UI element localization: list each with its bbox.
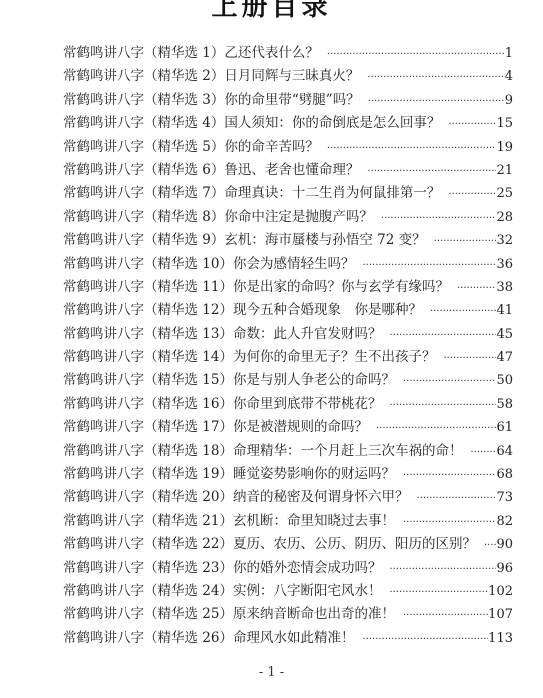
toc-entry[interactable]: 常鹤鸣讲八字（精华选 9）玄机：海市蜃楼与孙悟空 72 变？32 [63, 228, 513, 251]
toc-entry-title: 你是与别人争老公的命吗？ [233, 368, 395, 388]
toc-entry-title: 乙还代表什么？ [224, 41, 319, 61]
toc-entry-title: 命理精华：一个月赶上三次车祸的命！ [233, 439, 463, 459]
toc-entry-title: 你是出家的命吗？你与玄学有缘吗？ [233, 275, 449, 295]
toc-entry-page: 36 [496, 257, 513, 272]
toc-entry-page: 28 [496, 210, 513, 225]
toc-entry-title: 玄机：海市蜃楼与孙悟空 72 变？ [224, 228, 425, 248]
toc-entry-title: 为何你的命里无子？生不出孩子？ [233, 345, 436, 365]
toc-entry-series: 常鹤鸣讲八字（精华选 5） [63, 135, 224, 155]
toc-entry[interactable]: 常鹤鸣讲八字（精华选 11）你是出家的命吗？你与玄学有缘吗？38 [63, 275, 513, 298]
toc-entry[interactable]: 常鹤鸣讲八字（精华选 17）你是被潜规则的命吗？61 [63, 415, 513, 438]
dot-leader [389, 330, 496, 341]
toc-entry-page: 82 [496, 514, 513, 529]
dot-leader [457, 283, 496, 294]
toc-entry-series: 常鹤鸣讲八字（精华选 23） [63, 556, 233, 576]
toc-entry-series: 常鹤鸣讲八字（精华选 1） [63, 41, 224, 61]
toc-entry[interactable]: 常鹤鸣讲八字（精华选 3）你的命里带“劈腿”吗？9 [63, 88, 513, 111]
toc-entry[interactable]: 常鹤鸣讲八字（精华选 12）现今五种合婚现象 你是哪种？41 [63, 298, 513, 321]
toc-entry-page: 19 [496, 140, 513, 155]
toc-entry[interactable]: 常鹤鸣讲八字（精华选 20）纳音的秘密及何谓身怀六甲？73 [63, 485, 513, 508]
toc-entry-series: 常鹤鸣讲八字（精华选 13） [63, 322, 233, 342]
toc-entry-title: 命理真诀：十二生肖为何鼠排第一？ [224, 181, 440, 201]
dot-leader [367, 72, 504, 83]
toc-entry-page: 47 [496, 350, 513, 365]
dot-leader [389, 400, 496, 411]
toc-entry-series: 常鹤鸣讲八字（精华选 19） [63, 462, 233, 482]
toc-entry-series: 常鹤鸣讲八字（精华选 10） [63, 252, 233, 272]
toc-entry-page: 15 [496, 116, 513, 131]
toc-entry[interactable]: 常鹤鸣讲八字（精华选 21）玄机断：命里知晓过去事！82 [63, 509, 513, 532]
dot-leader [376, 423, 496, 434]
toc-entry-series: 常鹤鸣讲八字（精华选 6） [63, 158, 224, 178]
toc-entry[interactable]: 常鹤鸣讲八字（精华选 8）你命中注定是抛腹产吗？28 [63, 205, 513, 228]
toc-entry-title: 你的命辛苦吗？ [224, 135, 319, 155]
toc-entry-title: 纳音的秘密及何谓身怀六甲？ [233, 485, 409, 505]
toc-entry-series: 常鹤鸣讲八字（精华选 7） [63, 181, 224, 201]
toc-entry-page: 1 [505, 46, 513, 61]
toc-entry-series: 常鹤鸣讲八字（精华选 11） [63, 275, 233, 295]
dot-leader [443, 353, 496, 364]
toc-entry-series: 常鹤鸣讲八字（精华选 2） [63, 64, 224, 84]
toc-entry-title: 夏历、农历、公历、阴历、阳历的区别？ [233, 532, 476, 552]
table-of-contents: 常鹤鸣讲八字（精华选 1）乙还代表什么？1常鹤鸣讲八字（精华选 2）日月同辉与三… [63, 41, 513, 649]
toc-entry[interactable]: 常鹤鸣讲八字（精华选 7）命理真诀：十二生肖为何鼠排第一？25 [63, 181, 513, 204]
toc-entry-series: 常鹤鸣讲八字（精华选 16） [63, 392, 233, 412]
toc-entry[interactable]: 常鹤鸣讲八字（精华选 10）你会为感情轻生吗？36 [63, 252, 513, 275]
dot-leader [389, 564, 496, 575]
toc-entry-series: 常鹤鸣讲八字（精华选 21） [63, 509, 233, 529]
dot-leader [403, 517, 496, 528]
dot-leader [448, 189, 496, 200]
toc-entry-series: 常鹤鸣讲八字（精华选 20） [63, 485, 233, 505]
toc-entry-title: 原来纳音断命也出奇的准！ [233, 602, 395, 622]
toc-entry[interactable]: 常鹤鸣讲八字（精华选 5）你的命辛苦吗？19 [63, 135, 513, 158]
toc-entry-title: 睡觉姿势影响你的财运吗？ [233, 462, 395, 482]
page-number: - 1 - [0, 665, 543, 680]
toc-entry-title: 现今五种合婚现象 你是哪种？ [233, 298, 422, 318]
dot-leader [484, 540, 496, 551]
toc-entry[interactable]: 常鹤鸣讲八字（精华选 18）命理精华：一个月赶上三次车祸的命！64 [63, 439, 513, 462]
toc-entry-title: 日月同辉与三昧真火？ [224, 64, 359, 84]
toc-entry-series: 常鹤鸣讲八字（精华选 9） [63, 228, 224, 248]
toc-entry-page: 107 [488, 607, 513, 622]
toc-entry-title: 你命中注定是抛腹产吗？ [224, 205, 373, 225]
toc-entry[interactable]: 常鹤鸣讲八字（精华选 14）为何你的命里无子？生不出孩子？47 [63, 345, 513, 368]
toc-entry-title: 你是被潜规则的命吗？ [233, 415, 368, 435]
toc-entry[interactable]: 常鹤鸣讲八字（精华选 19）睡觉姿势影响你的财运吗？68 [63, 462, 513, 485]
toc-entry-title: 实例：八字断阳宅风水！ [233, 579, 382, 599]
toc-entry[interactable]: 常鹤鸣讲八字（精华选 4）国人须知：你的命倒底是怎么回事？15 [63, 111, 513, 134]
toc-entry-series: 常鹤鸣讲八字（精华选 8） [63, 205, 224, 225]
toc-entry-page: 96 [496, 561, 513, 576]
toc-entry-series: 常鹤鸣讲八字（精华选 12） [63, 298, 233, 318]
toc-entry[interactable]: 常鹤鸣讲八字（精华选 1）乙还代表什么？1 [63, 41, 513, 64]
dot-leader [434, 236, 497, 247]
dot-leader [430, 306, 496, 317]
dot-leader [327, 49, 505, 60]
dot-leader [362, 634, 488, 645]
toc-entry-title: 你的命里带“劈腿”吗？ [224, 88, 359, 108]
toc-entry-title: 命理风水如此精准！ [233, 626, 355, 646]
toc-entry-title: 玄机断：命里知晓过去事！ [233, 509, 395, 529]
toc-entry[interactable]: 常鹤鸣讲八字（精华选 26）命理风水如此精准！113 [63, 626, 513, 649]
toc-entry-page: 9 [505, 93, 513, 108]
dot-leader [327, 143, 497, 154]
toc-entry-title: 命数：此人升官发财吗？ [233, 322, 382, 342]
toc-entry-page: 102 [488, 584, 513, 599]
toc-entry-title: 你会为感情轻生吗？ [233, 252, 355, 272]
toc-entry-title: 你命里到底带不带桃花？ [233, 392, 382, 412]
dot-leader [368, 96, 505, 107]
toc-entry-series: 常鹤鸣讲八字（精华选 14） [63, 345, 233, 365]
toc-entry-page: 45 [496, 327, 513, 342]
toc-entry[interactable]: 常鹤鸣讲八字（精华选 24）实例：八字断阳宅风水！102 [63, 579, 513, 602]
dot-leader [470, 447, 496, 458]
toc-entry-title: 你的婚外恋情会成功吗？ [233, 556, 382, 576]
dot-leader [403, 610, 488, 621]
toc-entry-page: 61 [496, 420, 513, 435]
toc-entry-page: 21 [496, 163, 513, 178]
toc-entry-series: 常鹤鸣讲八字（精华选 24） [63, 579, 233, 599]
toc-entry[interactable]: 常鹤鸣讲八字（精华选 22）夏历、农历、公历、阴历、阳历的区别？90 [63, 532, 513, 555]
toc-entry-page: 68 [496, 467, 513, 482]
toc-entry-page: 4 [505, 69, 513, 84]
toc-entry-page: 73 [496, 490, 513, 505]
toc-entry-series: 常鹤鸣讲八字（精华选 26） [63, 626, 233, 646]
toc-entry[interactable]: 常鹤鸣讲八字（精华选 6）鲁迅、老舍也懂命理？21 [63, 158, 513, 181]
toc-entry-series: 常鹤鸣讲八字（精华选 17） [63, 415, 233, 435]
dot-leader [403, 376, 496, 387]
toc-entry[interactable]: 常鹤鸣讲八字（精华选 16）你命里到底带不带桃花？58 [63, 392, 513, 415]
toc-entry[interactable]: 常鹤鸣讲八字（精华选 2）日月同辉与三昧真火？4 [63, 64, 513, 87]
dot-leader [403, 470, 496, 481]
toc-entry-page: 41 [496, 303, 513, 318]
toc-entry-title: 国人须知：你的命倒底是怎么回事？ [224, 111, 440, 131]
toc-entry-series: 常鹤鸣讲八字（精华选 15） [63, 368, 233, 388]
toc-entry-series: 常鹤鸣讲八字（精华选 4） [63, 111, 224, 131]
toc-entry-series: 常鹤鸣讲八字（精华选 3） [63, 88, 224, 108]
toc-entry[interactable]: 常鹤鸣讲八字（精华选 15）你是与别人争老公的命吗？50 [63, 368, 513, 391]
toc-entry-page: 64 [496, 444, 513, 459]
dot-leader [367, 166, 496, 177]
dot-leader [416, 493, 496, 504]
page-title: 上册目录 [0, 0, 543, 23]
toc-entry-series: 常鹤鸣讲八字（精华选 18） [63, 439, 233, 459]
toc-entry-page: 113 [488, 631, 513, 646]
toc-entry-page: 32 [496, 233, 513, 248]
toc-entry[interactable]: 常鹤鸣讲八字（精华选 23）你的婚外恋情会成功吗？96 [63, 556, 513, 579]
dot-leader [448, 119, 496, 130]
toc-entry-page: 90 [496, 537, 513, 552]
toc-entry-page: 50 [496, 373, 513, 388]
toc-entry[interactable]: 常鹤鸣讲八字（精华选 25）原来纳音断命也出奇的准！107 [63, 602, 513, 625]
dot-leader [381, 213, 497, 224]
toc-entry-series: 常鹤鸣讲八字（精华选 22） [63, 532, 233, 552]
toc-entry-page: 25 [496, 186, 513, 201]
dot-leader [389, 587, 488, 598]
toc-entry-title: 鲁迅、老舍也懂命理？ [224, 158, 359, 178]
toc-entry-page: 38 [496, 280, 513, 295]
dot-leader [362, 260, 496, 271]
toc-entry[interactable]: 常鹤鸣讲八字（精华选 13）命数：此人升官发财吗？45 [63, 322, 513, 345]
toc-entry-series: 常鹤鸣讲八字（精华选 25） [63, 602, 233, 622]
toc-entry-page: 58 [496, 397, 513, 412]
